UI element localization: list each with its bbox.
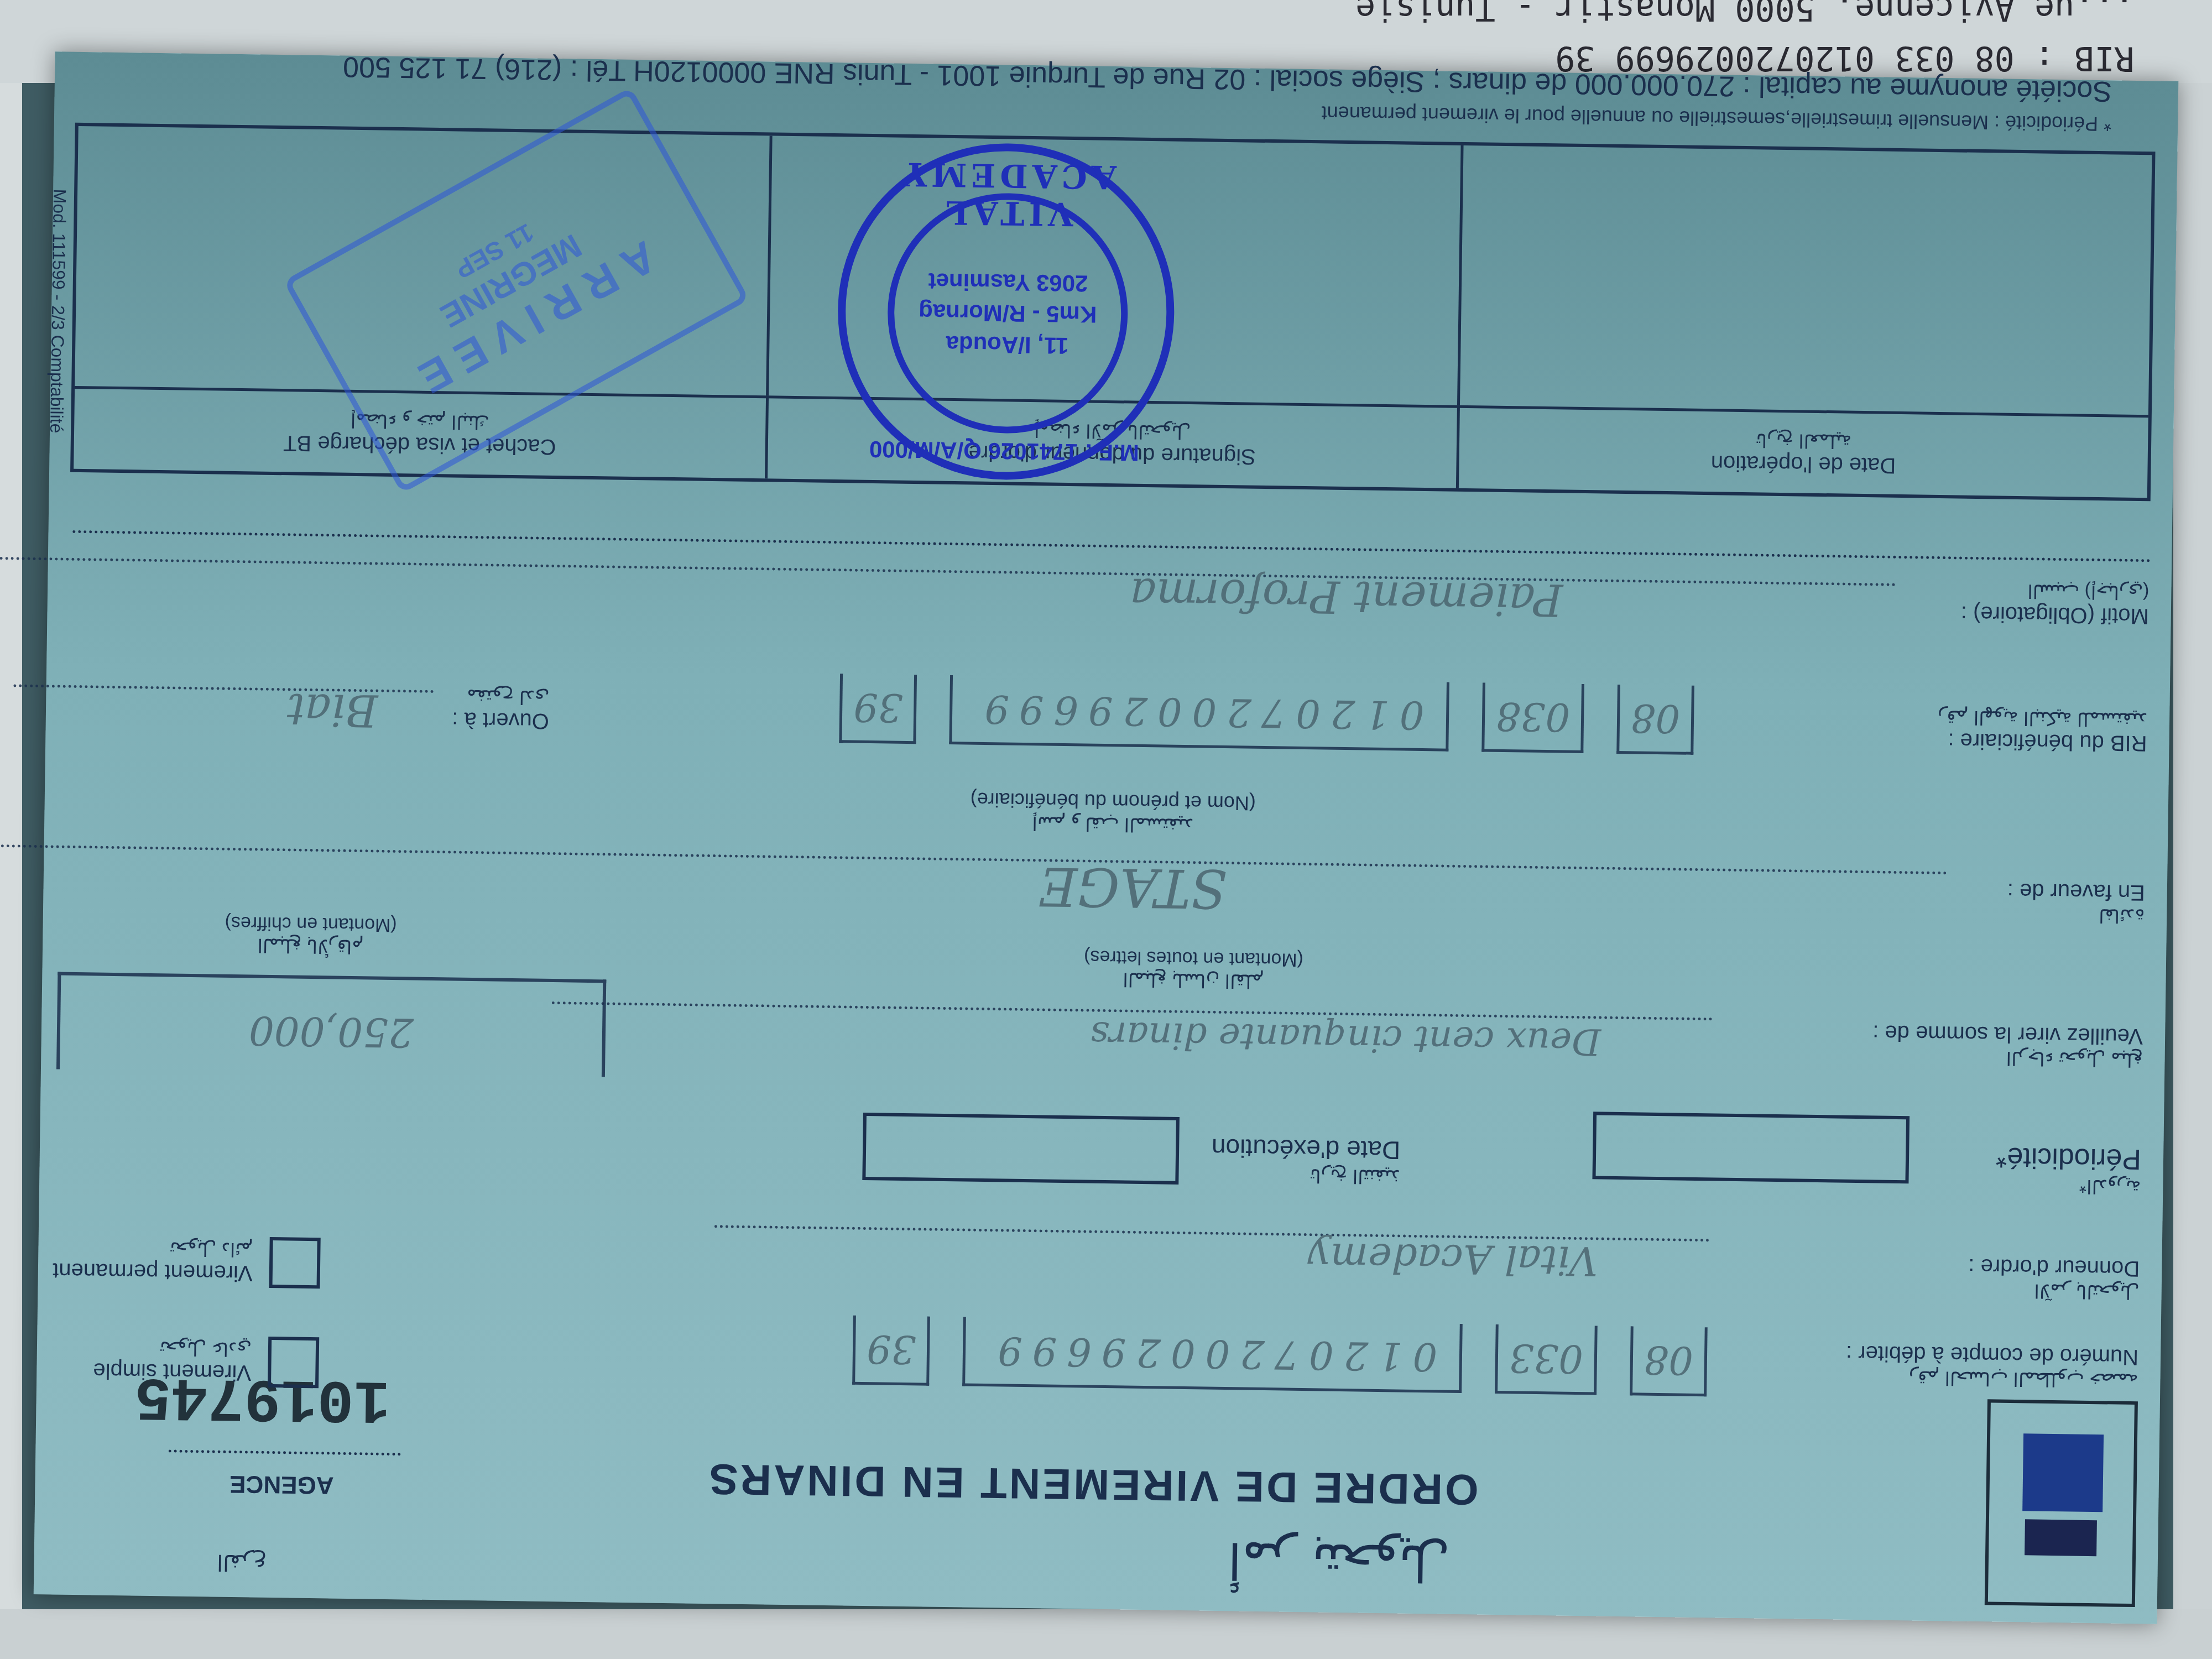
agence-field[interactable] <box>168 1449 400 1455</box>
stamp-address-line: Km5 - R/Mornag <box>919 296 1097 330</box>
periodicite-label: Périodicité* <box>1996 1141 2142 1176</box>
background-edge-right <box>2173 83 2212 1631</box>
ouvert-a-field[interactable]: Biat <box>12 684 433 737</box>
motif-label-block: Motif (Obligatoire) : السبب (إجباري) <box>1960 579 2149 629</box>
rib-group-1[interactable]: 08 <box>1616 685 1694 755</box>
amount-label-block: الرجاء تحويل مبلغ Veuillez virer la somm… <box>1872 1020 2143 1071</box>
amount-figures-caption-text: (Montant en chiffres) <box>225 912 397 936</box>
rib-group-4[interactable]: 39 <box>839 674 917 744</box>
date-operation-label: Date de l'opération <box>1710 450 1896 478</box>
amount-figures-caption-arabic: المبلغ بالأرقام <box>225 933 397 958</box>
debit-account-group-3[interactable]: 0120720029699 <box>962 1317 1463 1393</box>
donneur-ordre-field[interactable]: Vital Academy <box>713 1225 1709 1286</box>
donneur-ordre-label-block: الآمر بالتحويل Donneur d'ordre : <box>1968 1254 2140 1303</box>
date-operation-label-arabic: تاريخ العملية <box>1756 429 1851 452</box>
form-title: ORDRE DE VIREMENT EN DINARS <box>707 1454 1479 1515</box>
debit-account-label: Numéro de compte à débiter : <box>1846 1340 2139 1369</box>
donneur-ordre-label: Donneur d'ordre : <box>1968 1254 2140 1281</box>
motif-label: Motif (Obligatoire) : <box>1960 601 2149 629</box>
date-execution-label-arabic: تاريخ التنفيذ <box>1211 1163 1400 1188</box>
amount-letters-field[interactable]: Deux cent cinquante dinars <box>550 1001 1712 1065</box>
periodicite-field[interactable] <box>1592 1112 1910 1183</box>
debit-account-group-4[interactable]: 39 <box>852 1316 930 1386</box>
rib-label-block: RIB du bénéficiaire : رقم الهوية البنكية… <box>1937 706 2147 755</box>
motif-field-line-2[interactable] <box>71 530 2150 562</box>
col-header-date-operation: Date de l'opération تاريخ العملية <box>1456 405 2148 498</box>
beneficiary-caption: إسم و لقب المستفيد (Nom et prénom du bén… <box>970 788 1256 837</box>
rib-field[interactable]: 08 038 0120720029699 39 <box>806 673 1694 754</box>
amount-letters-caption-arabic: المبلغ بلسان القلم <box>1083 967 1303 993</box>
debit-account-label-arabic: رقم الحساب المطلوب خصمه <box>1845 1365 2138 1391</box>
stamp-address-line: 11, I/Aouda <box>946 328 1069 361</box>
ouvert-a-label-arabic: مفتوح لدى <box>452 685 550 708</box>
stamp-address-line: 2063 Yasminet <box>928 265 1088 299</box>
debit-account-group-2[interactable]: 033 <box>1495 1324 1597 1395</box>
rib-label: RIB du bénéficiaire : <box>1937 728 2147 755</box>
rib-label-arabic: رقم الهوية البنكية للمستفيد <box>1938 706 2148 731</box>
amount-letters-caption-text: (Montant en toutes lettres) <box>1084 946 1303 971</box>
transfer-type-simple[interactable]: Virement simple تحويل عادي <box>93 1334 319 1389</box>
motif-field[interactable]: Paiement Proforma <box>0 553 1895 630</box>
debit-account-field[interactable]: 08 033 0120720029699 39 <box>819 1315 1707 1396</box>
company-stamp-mf: M.F : 1741026 Q/A/M/000 <box>843 435 1165 466</box>
date-execution-field[interactable] <box>862 1113 1180 1185</box>
beneficiary-caption-text: (Nom et prénom du bénéficiaire) <box>970 788 1256 815</box>
amount-letters-caption: المبلغ بلسان القلم (Montant en toutes le… <box>1083 946 1303 993</box>
checkbox-virement-simple[interactable] <box>268 1337 319 1388</box>
background-address: ...ue Avicenne, 5000 Monastir - Tunisie <box>1355 0 2135 28</box>
ouvert-a-label-block: Ouvert à : مفتوح لدى <box>452 685 550 733</box>
transfer-type-permanent[interactable]: Virement permanent تحويل دائم <box>53 1234 321 1288</box>
bank-logo-wordmark <box>2025 1519 2097 1556</box>
virement-permanent-label: Virement permanent <box>53 1258 253 1286</box>
agence-label: AGENCE <box>229 1470 334 1499</box>
virement-permanent-label-arabic: تحويل دائم <box>53 1236 253 1261</box>
donneur-ordre-label-arabic: الآمر بالتحويل <box>1968 1279 2140 1303</box>
company-stamp-name: VITAL ACADEMY <box>847 154 1168 234</box>
date-execution-label-block: تاريخ التنفيذ Date d'exécution <box>1211 1133 1401 1188</box>
amount-label: Veuillez virer la somme de : <box>1872 1020 2143 1048</box>
debit-account-group-1[interactable]: 08 <box>1630 1326 1708 1396</box>
ouvert-a-label: Ouvert à : <box>452 707 549 733</box>
beneficiary-caption-arabic: إسم و لقب المستفيد <box>970 811 1256 837</box>
beneficiary-label-block: لفائدة En faveur de : <box>2007 878 2145 927</box>
periodicite-label-arabic: الدورية* <box>1995 1174 2141 1198</box>
model-reference: Mod. 111599 - 2/3 Comptabilité <box>46 189 70 433</box>
motif-label-arabic: السبب (إجباري) <box>1961 579 2150 604</box>
checkbox-virement-permanent[interactable] <box>269 1237 320 1288</box>
form-title-arabic: أمر بتحويل <box>1228 1531 1451 1592</box>
periodicite-label-block: الدورية* Périodicité* <box>1995 1141 2141 1198</box>
bank-logo <box>1985 1399 2138 1607</box>
bank-logo-emblem <box>2022 1433 2104 1512</box>
debit-account-label-block: رقم الحساب المطلوب خصمه Numéro de compte… <box>1845 1340 2138 1391</box>
amount-figures-field[interactable]: 250,000 <box>56 972 606 1077</box>
date-operation-cell[interactable] <box>1457 145 2152 415</box>
virement-simple-label-arabic: تحويل عادي <box>93 1336 252 1360</box>
beneficiary-label: En faveur de : <box>2007 878 2145 905</box>
agence-label-arabic: الفرع <box>217 1550 267 1575</box>
beneficiary-label-arabic: لفائدة <box>2007 903 2145 927</box>
transfer-order-form: أمر بتحويل ORDRE DE VIREMENT EN DINARS ا… <box>34 51 2179 1624</box>
periodicity-note: * Périodicité : Mensuelle trimestrielle,… <box>1321 101 2111 135</box>
rib-group-3[interactable]: 0120720029699 <box>950 675 1450 752</box>
amount-figures-caption: المبلغ بالأرقام (Montant en chiffres) <box>225 912 397 958</box>
date-execution-label: Date d'exécution <box>1212 1133 1401 1166</box>
amount-label-arabic: الرجاء تحويل مبلغ <box>1872 1045 2143 1071</box>
rib-group-2[interactable]: 038 <box>1482 682 1584 753</box>
virement-simple-label: Virement simple <box>93 1358 252 1385</box>
